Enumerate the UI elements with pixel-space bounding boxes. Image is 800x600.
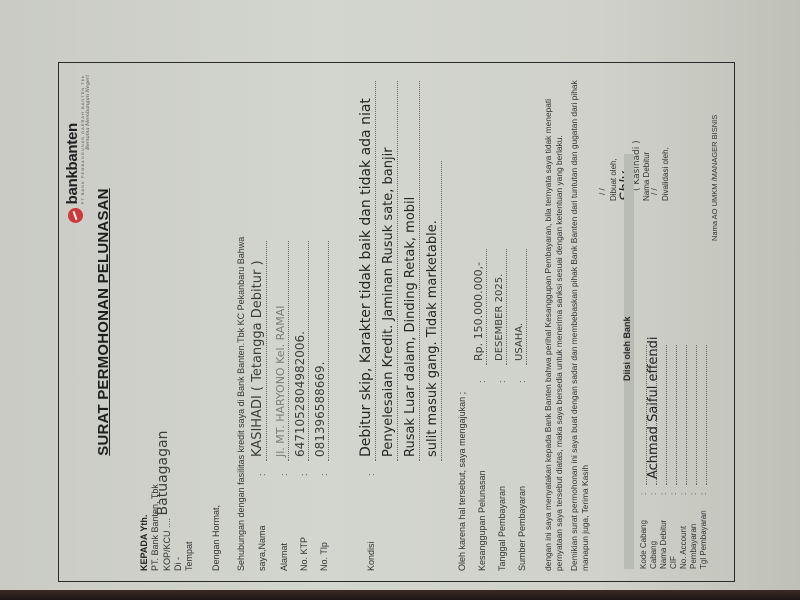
request-fields: Kesanggupan Pelunasan : Rp. 150.000.000,… xyxy=(469,71,535,571)
pembayaran-field[interactable] xyxy=(689,345,697,485)
greeting: Dengan Hormat, xyxy=(211,505,222,571)
tgl-pembayaran-field[interactable] xyxy=(699,345,707,485)
colon: : xyxy=(477,380,487,383)
colon: : xyxy=(319,473,329,476)
bank-field-tgl-pembayaran: Tgl Pembayaran : xyxy=(699,309,709,569)
payment-date-field[interactable]: DESEMBER 2025. xyxy=(491,249,507,365)
field-row-name: saya,Nama : KASIHADI ( Tetangga Debitur … xyxy=(251,71,271,571)
bank-field-nama-debitur: Nama Debitur : Achmad Saiful effendi xyxy=(659,269,669,569)
statement-commitment: dengan ini saya menyatakan kepada Bank B… xyxy=(543,71,564,571)
condition-line-2[interactable]: Penyelesaian Kredit. Jaminan Rusuk sate,… xyxy=(378,81,398,461)
addressee-block: KEPADA Yth. PT. Bank Banten, Tbk KOP/KCU… xyxy=(139,431,195,571)
validation-date: / / xyxy=(649,71,660,201)
logo-tagline: Bersama Membangun Negeri xyxy=(85,75,91,150)
debtor-sign-date: / / xyxy=(597,81,608,201)
bank-field-pembayaran: Pembayaran : xyxy=(689,309,699,569)
field-row-address: Alamat : Jl. MT. HARYONO Kel. RAMAI xyxy=(273,71,293,571)
field-row-ktp: No. KTP : 6471052804982006. xyxy=(293,71,313,571)
cif-field[interactable] xyxy=(669,345,677,485)
nama-debitur-value: Achmad Saiful effendi xyxy=(649,336,659,479)
request-intro: Oleh karena hal tersebut, saya mengajuka… xyxy=(457,392,468,571)
colon: : xyxy=(257,473,267,476)
validated-by-label: Divalidasi oleh, xyxy=(660,71,671,201)
field-label: No. Tlp xyxy=(319,542,329,571)
field-row-source: Sumber Pembayaran : USAHA. xyxy=(509,71,529,571)
condition-label: Kondisi xyxy=(366,541,376,571)
addressee-heading: KEPADA Yth. xyxy=(139,431,150,571)
colon: : xyxy=(279,473,289,476)
field-row-phone: No. Tlp : 081396588669. xyxy=(313,71,333,571)
addressee-tempat: Tempat xyxy=(184,431,195,571)
field-label: Tanggal Pembayaran xyxy=(497,486,507,571)
condition-line-4[interactable]: sulit masuk gang. Tidak marketable. xyxy=(422,161,442,461)
logo-brand: bankbanten xyxy=(65,75,80,204)
kop-label: KOP/KCU .... xyxy=(162,518,172,571)
phone-field[interactable]: 081396588669. xyxy=(313,241,329,461)
bank-logo-icon xyxy=(68,208,83,223)
ktp-field[interactable]: 6471052804982006. xyxy=(293,241,309,461)
condition-section: Kondisi : Debitur skip, Karakter tidak b… xyxy=(354,71,454,571)
name-field[interactable]: KASIHADI ( Tetangga Debitur ) xyxy=(251,241,267,461)
payment-source-field[interactable]: USAHA. xyxy=(511,249,527,365)
bank-logo: bankbanten PT BANK PEMBANGUNAN DAERAH BA… xyxy=(65,75,85,223)
field-label: Sumber Pembayaran xyxy=(517,486,527,571)
intro-text: Sehubungan dengan fasilitas kredit saya … xyxy=(236,237,247,571)
colon: : xyxy=(497,380,507,383)
field-row-date: Tanggal Pembayaran : DESEMBER 2025. xyxy=(489,71,509,571)
field-row-amount: Kesanggupan Pelunasan : Rp. 150.000.000,… xyxy=(469,71,489,571)
condition-line-1[interactable]: Debitur skip, Karakter tidak baik dan ti… xyxy=(354,81,376,461)
debtor-signed-name: ( Kasihadi ) xyxy=(633,81,642,201)
bank-field-no-account: No. Account : xyxy=(679,309,689,569)
colon: : xyxy=(366,473,376,476)
field-label: Kesanggupan Pelunasan xyxy=(477,470,487,571)
debtor-fields: saya,Nama : KASIHADI ( Tetangga Debitur … xyxy=(251,71,337,571)
addressee-di: Di - xyxy=(173,431,184,571)
colon: : xyxy=(299,473,309,476)
validator-role-label: Nama AO UMKM /MANAGER BISNIS xyxy=(709,71,720,241)
address-field[interactable]: Jl. MT. HARYONO Kel. RAMAI xyxy=(273,241,289,461)
settlement-amount-field[interactable]: Rp. 150.000.000,- xyxy=(471,249,487,365)
kop-value: Batuagagan xyxy=(155,431,171,516)
bank-section-header: Diisi oleh Bank xyxy=(622,316,632,381)
condition-line-3[interactable]: Rusak Luar dalam, Dinding Retak, mobil xyxy=(400,81,420,461)
validation-block: / / Divalidasi oleh, xyxy=(649,71,671,201)
field-label: Alamat xyxy=(279,543,289,571)
field-label: No. KTP xyxy=(299,537,309,571)
bank-fields: Kode Cabang : Cabang : Nama Debitur : Ac… xyxy=(639,309,719,569)
settlement-request-form: bankbanten PT BANK PEMBANGUNAN DAERAH BA… xyxy=(58,62,735,582)
colon: : xyxy=(517,380,527,383)
field-label: saya,Nama xyxy=(257,525,267,571)
no-account-field[interactable] xyxy=(679,345,687,485)
page-title: SURAT PERMOHONAN PELUNASAN xyxy=(95,63,112,581)
bank-field-cif: CIF : xyxy=(669,309,679,569)
statement-closing: Demikian surat permohonan ini saya buat … xyxy=(569,71,590,571)
table-edge xyxy=(0,590,800,600)
